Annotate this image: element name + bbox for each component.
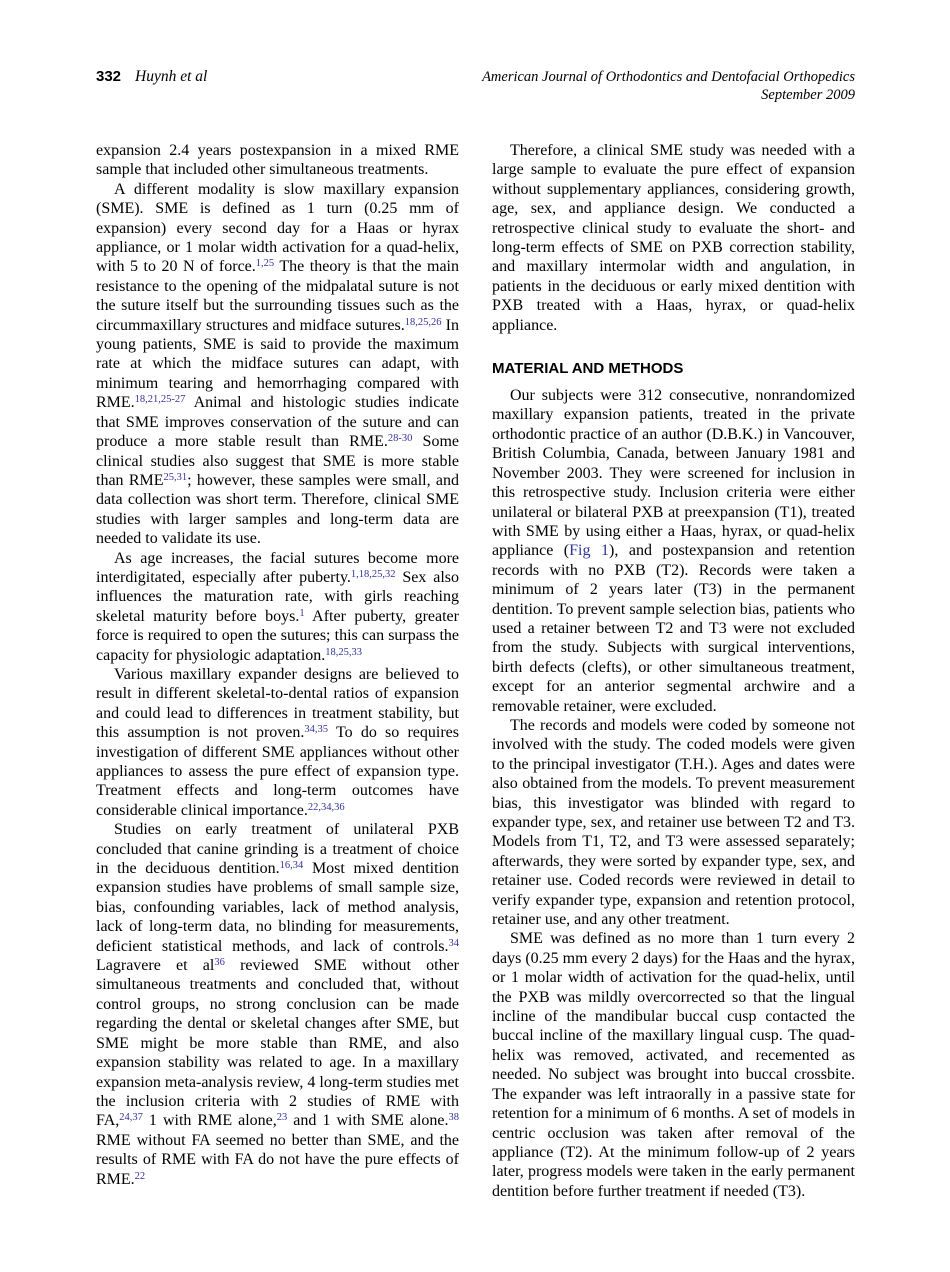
journal-name: American Journal of Orthodontics and Den… bbox=[482, 68, 855, 86]
citation-ref[interactable]: 1,25 bbox=[256, 258, 274, 269]
paragraph: expansion 2.4 years postexpansion in a m… bbox=[96, 141, 459, 180]
paragraph: As age increases, the facial sutures bec… bbox=[96, 549, 459, 665]
column-left: expansion 2.4 years postexpansion in a m… bbox=[96, 141, 459, 1189]
citation-ref[interactable]: 18,25,26 bbox=[405, 317, 442, 328]
running-header: 332Huynh et al American Journal of Ortho… bbox=[96, 68, 855, 104]
citation-ref[interactable]: 22 bbox=[135, 1171, 146, 1182]
citation-ref[interactable]: 18,25,33 bbox=[325, 647, 362, 658]
citation-ref[interactable]: 36 bbox=[214, 957, 225, 968]
citation-ref[interactable]: 24,37 bbox=[119, 1112, 143, 1123]
citation-ref[interactable]: 34 bbox=[449, 938, 460, 949]
citation-ref[interactable]: 23 bbox=[277, 1112, 288, 1123]
citation-ref[interactable]: 25,31 bbox=[164, 472, 188, 483]
paragraph: Therefore, a clinical SME study was need… bbox=[492, 141, 855, 335]
paragraph: Various maxillary expander designs are b… bbox=[96, 665, 459, 820]
header-right: American Journal of Orthodontics and Den… bbox=[482, 68, 855, 104]
paragraph: A different modality is slow maxillary e… bbox=[96, 180, 459, 549]
citation-ref[interactable]: 28-30 bbox=[388, 433, 413, 444]
issue-date: September 2009 bbox=[482, 86, 855, 104]
page-number: 332 bbox=[96, 68, 121, 85]
running-authors: Huynh et al bbox=[135, 68, 207, 85]
paragraph: Studies on early treatment of unilateral… bbox=[96, 820, 459, 1189]
journal-page: 332Huynh et al American Journal of Ortho… bbox=[0, 0, 950, 1272]
paragraph: The records and models were coded by som… bbox=[492, 716, 855, 929]
citation-ref[interactable]: 16,34 bbox=[280, 860, 304, 871]
header-left: 332Huynh et al bbox=[96, 68, 207, 86]
citation-ref[interactable]: 1,18,25,32 bbox=[351, 569, 396, 580]
section-heading: MATERIAL AND METHODS bbox=[492, 360, 855, 377]
column-right: Therefore, a clinical SME study was need… bbox=[492, 141, 855, 1201]
paragraph: SME was defined as no more than 1 turn e… bbox=[492, 929, 855, 1201]
figure-link[interactable]: Fig 1 bbox=[569, 542, 609, 559]
paragraph: Our subjects were 312 consecutive, nonra… bbox=[492, 386, 855, 716]
citation-ref[interactable]: 18,21,25-27 bbox=[135, 394, 186, 405]
citation-ref[interactable]: 38 bbox=[449, 1112, 460, 1123]
citation-ref[interactable]: 34,35 bbox=[304, 724, 328, 735]
citation-ref[interactable]: 22,34,36 bbox=[308, 802, 345, 813]
citation-ref[interactable]: 1 bbox=[299, 608, 304, 619]
